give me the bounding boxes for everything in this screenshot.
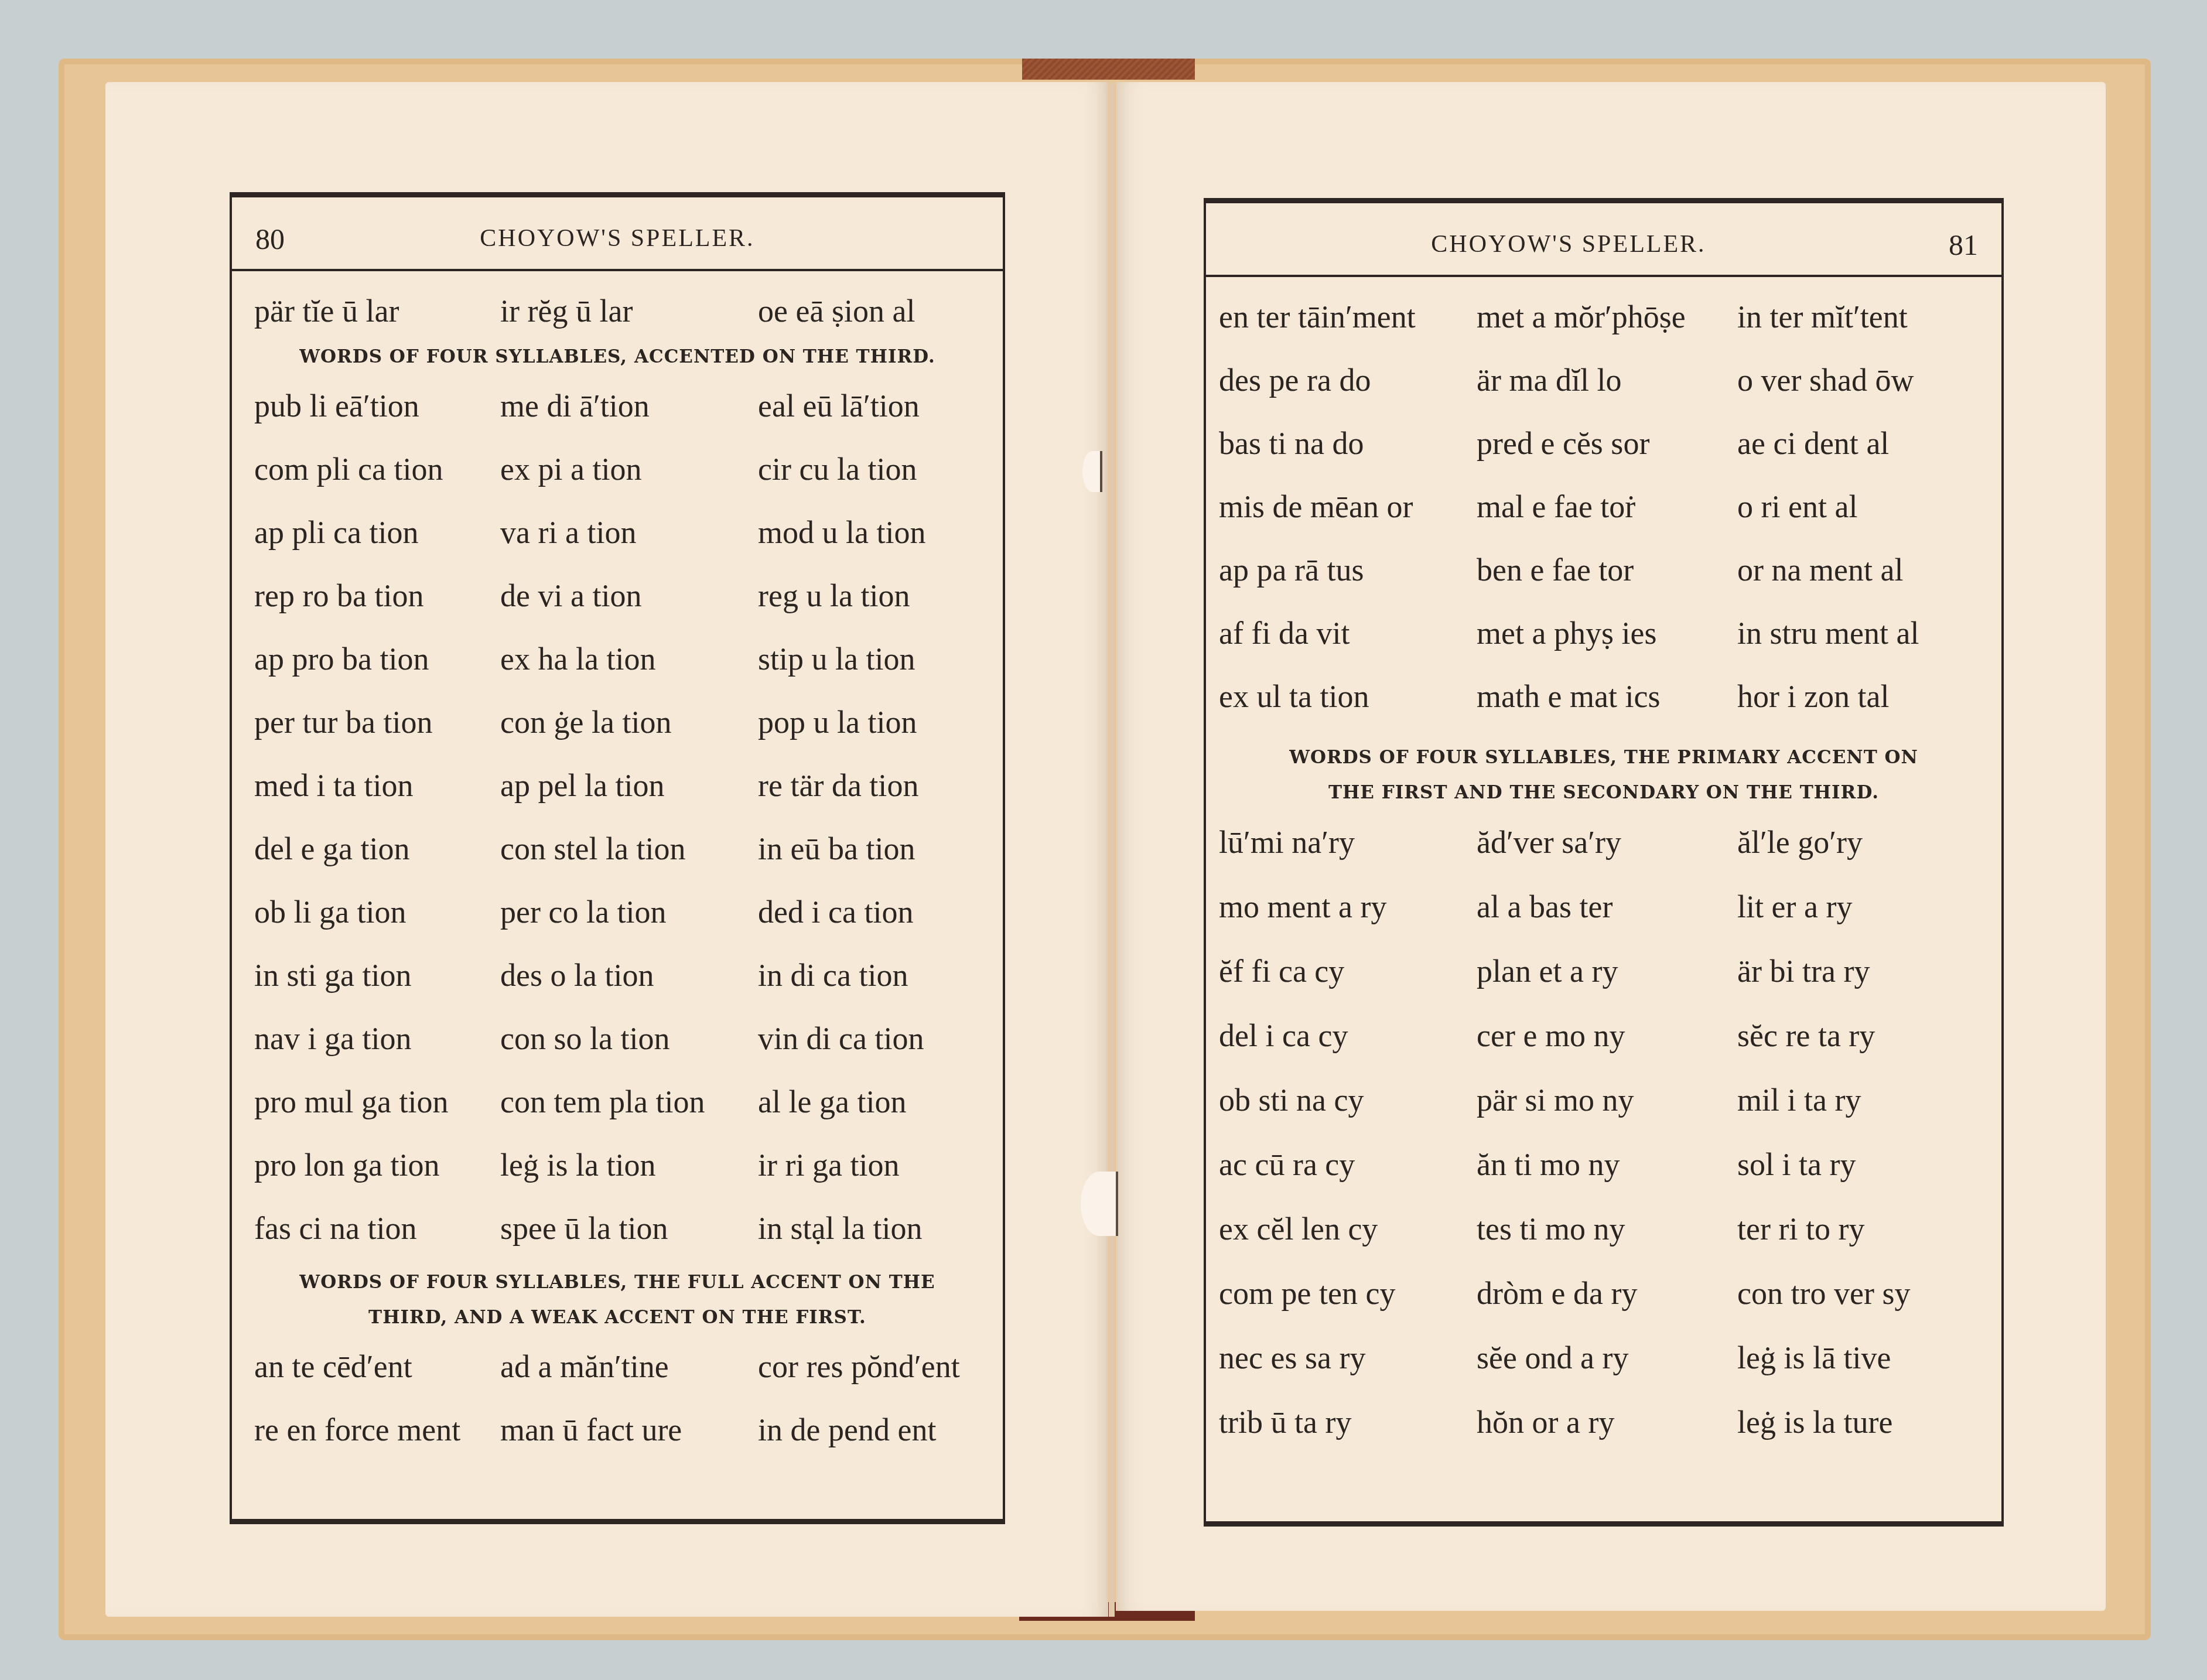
word: al a bas ter (1477, 875, 1737, 939)
word-row: com pli ca tionex pi a tioncir cu la tio… (232, 438, 1003, 501)
word: ăd′ver sa′ry (1477, 810, 1737, 875)
word: ob li ga tion (254, 880, 500, 944)
word: leġ is la tion (500, 1133, 758, 1197)
word: me di ā′tion (500, 374, 758, 438)
word: per tur ba tion (254, 691, 500, 754)
word: plan et a ry (1477, 939, 1737, 1003)
word-row: mis de mēan ormal e fae toṙo ri ent al (1206, 475, 2001, 538)
word-row: ap pa rā tusben e fae toror na ment al (1206, 538, 2001, 602)
word: oe eā ṣion al (758, 279, 1003, 343)
running-head: 80 CHOYOW'S SPELLER. (232, 197, 1003, 271)
word: met a mŏr′phōṣe (1477, 285, 1737, 349)
word-list: en ter tāin′mentmet a mŏr′phōṣein ter mĭ… (1206, 277, 2001, 1521)
word: ded i ca tion (758, 880, 1003, 944)
word: des pe ra do (1219, 349, 1477, 412)
running-head: CHOYOW'S SPELLER. 81 (1206, 203, 2001, 277)
word: rep ro ba tion (254, 564, 500, 627)
word: ăn ti mo ny (1477, 1132, 1737, 1197)
word-row: ex ul ta tionmath e mat icshor i zon tal (1206, 665, 2001, 728)
spine-top (1022, 59, 1195, 80)
word: af fi da vit (1219, 602, 1477, 665)
word: leġ is la ture (1737, 1390, 2001, 1454)
word: cir cu la tion (758, 438, 1003, 501)
word: lū′mi na′ry (1219, 810, 1477, 875)
word-row: ap pro ba tionex ha la tionstip u la tio… (232, 627, 1003, 691)
word: är bi tra ry (1737, 939, 2001, 1003)
word: ae ci dent al (1737, 412, 2001, 475)
section-rows: en ter tāin′mentmet a mŏr′phōṣein ter mĭ… (1206, 285, 2001, 728)
word: mis de mēan or (1219, 475, 1477, 538)
word-row: en ter tāin′mentmet a mŏr′phōṣein ter mĭ… (1206, 285, 2001, 349)
word: ĕf fi ca cy (1219, 939, 1477, 1003)
word: pred e cĕs sor (1477, 412, 1737, 475)
word: sĕe ond a ry (1477, 1326, 1737, 1390)
word-row: lū′mi na′ryăd′ver sa′ryăl′le go′ry (1206, 810, 2001, 875)
word: ap pa rā tus (1219, 538, 1477, 602)
word: del e ga tion (254, 817, 500, 880)
word: vin di ca tion (758, 1007, 1003, 1070)
word: math e mat ics (1477, 665, 1737, 728)
word-row: re en force mentman ū fact urein de pend… (232, 1398, 1003, 1462)
word-row: rep ro ba tionde vi a tionreg u la tion (232, 564, 1003, 627)
word: ben e fae tor (1477, 538, 1737, 602)
word-row: ac cū ra cyăn ti mo nysol i ta ry (1206, 1132, 2001, 1197)
word-row: com pe ten cydròm e da rycon tro ver sy (1206, 1261, 2001, 1326)
word: cor res pŏnd′ent (758, 1335, 1003, 1398)
word-row: ĕf fi ca cyplan et a ryär bi tra ry (1206, 939, 2001, 1003)
word-row: per tur ba tioncon ġe la tionpop u la ti… (232, 691, 1003, 754)
word: nav i ga tion (254, 1007, 500, 1070)
word: con stel la tion (500, 817, 758, 880)
word: ob sti na cy (1219, 1068, 1477, 1132)
word: sol i ta ry (1737, 1132, 2001, 1197)
running-title: CHOYOW'S SPELLER. (232, 224, 1003, 252)
word: nec es sa ry (1219, 1326, 1477, 1390)
word: com pli ca tion (254, 438, 500, 501)
running-title: CHOYOW'S SPELLER. (1206, 230, 2001, 258)
word: pro mul ga tion (254, 1070, 500, 1133)
word: re en force ment (254, 1398, 500, 1462)
word: con so la tion (500, 1007, 758, 1070)
page-tear (1081, 1172, 1118, 1236)
word-row: nav i ga tioncon so la tionvin di ca tio… (232, 1007, 1003, 1070)
word-row: pär tĭe ū lar ir rĕg ū lar oe eā ṣion al (232, 279, 1003, 343)
word: or na ment al (1737, 538, 2001, 602)
left-page-frame: 80 CHOYOW'S SPELLER. pär tĭe ū lar ir rĕ… (230, 192, 1005, 1524)
word: tes ti mo ny (1477, 1197, 1737, 1261)
word: ir rĕg ū lar (500, 279, 758, 343)
page-number: 81 (1949, 228, 1978, 262)
word: in sti ga tion (254, 944, 500, 1007)
word-row: pro lon ga tionleġ is la tionir ri ga ti… (232, 1133, 1003, 1197)
word: per co la tion (500, 880, 758, 944)
word: spee ū la tion (500, 1197, 758, 1260)
word: mil i ta ry (1737, 1068, 2001, 1132)
word: cer e mo ny (1477, 1003, 1737, 1068)
word: con tem pla tion (500, 1070, 758, 1133)
word: med i ta tion (254, 754, 500, 817)
word-list: pär tĭe ū lar ir rĕg ū lar oe eā ṣion al… (232, 271, 1003, 1519)
word: in eū ba tion (758, 817, 1003, 880)
word: met a phyṣ ies (1477, 602, 1737, 665)
section-rows: pub li eā′tionme di ā′tioneal eū lā′tion… (232, 374, 1003, 1260)
word: de vi a tion (500, 564, 758, 627)
word: ap pli ca tion (254, 501, 500, 564)
word: in stạl la tion (758, 1197, 1003, 1260)
word-row: med i ta tionap pel la tionre tär da tio… (232, 754, 1003, 817)
section-rows: lū′mi na′ryăd′ver sa′ryăl′le go′rymo men… (1206, 810, 2001, 1454)
word: pop u la tion (758, 691, 1003, 754)
word: mal e fae toṙ (1477, 475, 1737, 538)
word: är ma dĭl lo (1477, 349, 1737, 412)
word-row: af fi da vitmet a phyṣ iesin stru ment a… (1206, 602, 2001, 665)
word: o ver shad ōw (1737, 349, 2001, 412)
word-row: ob li ga tionper co la tionded i ca tion (232, 880, 1003, 944)
section-heading: THIRD, AND A WEAK ACCENT ON THE FIRST. (232, 1300, 1003, 1335)
word: ăl′le go′ry (1737, 810, 2001, 875)
word-row: ap pli ca tionva ri a tionmod u la tion (232, 501, 1003, 564)
word: del i ca cy (1219, 1003, 1477, 1068)
section-heading: WORDS OF FOUR SYLLABLES, ACCENTED ON THE… (232, 339, 1003, 374)
word: va ri a tion (500, 501, 758, 564)
word: in ter mĭt′tent (1737, 285, 2001, 349)
word: ex ha la tion (500, 627, 758, 691)
word: man ū fact ure (500, 1398, 758, 1462)
right-page-frame: CHOYOW'S SPELLER. 81 en ter tāin′mentmet… (1204, 198, 2004, 1527)
word-row: del i ca cycer e mo nysĕc re ta ry (1206, 1003, 2001, 1068)
word: in di ca tion (758, 944, 1003, 1007)
word: al le ga tion (758, 1070, 1003, 1133)
word: ter ri to ry (1737, 1197, 2001, 1261)
word: des o la tion (500, 944, 758, 1007)
word: trib ū ta ry (1219, 1390, 1477, 1454)
word: fas ci na tion (254, 1197, 500, 1260)
word-row: del e ga tioncon stel la tionin eū ba ti… (232, 817, 1003, 880)
word-row: an te cēd′entad a măn′tinecor res pŏnd′e… (232, 1335, 1003, 1398)
word-row: mo ment a ryal a bas terlit er a ry (1206, 875, 2001, 939)
word-row: ex cĕl len cytes ti mo nyter ri to ry (1206, 1197, 2001, 1261)
word: con ġe la tion (500, 691, 758, 754)
gutter (1109, 82, 1115, 1617)
word-row: trib ū ta ryhŏn or a ryleġ is la ture (1206, 1390, 2001, 1454)
word: con tro ver sy (1737, 1261, 2001, 1326)
word: leġ is lā tive (1737, 1326, 2001, 1390)
word: re tär da tion (758, 754, 1003, 817)
word-row: bas ti na dopred e cĕs sorae ci dent al (1206, 412, 2001, 475)
word: bas ti na do (1219, 412, 1477, 475)
word-row: in sti ga tiondes o la tionin di ca tion (232, 944, 1003, 1007)
word: ir ri ga tion (758, 1133, 1003, 1197)
section-heading: WORDS OF FOUR SYLLABLES, THE FULL ACCENT… (232, 1265, 1003, 1300)
word: en ter tāin′ment (1219, 285, 1477, 349)
word-row: ob sti na cypär si mo nymil i ta ry (1206, 1068, 2001, 1132)
word: lit er a ry (1737, 875, 2001, 939)
section-heading: THE FIRST AND THE SECONDARY ON THE THIRD… (1206, 775, 2001, 810)
word: hŏn or a ry (1477, 1390, 1737, 1454)
word-row: des pe ra doär ma dĭl loo ver shad ōw (1206, 349, 2001, 412)
word-row: pub li eā′tionme di ā′tioneal eū lā′tion (232, 374, 1003, 438)
word: pär si mo ny (1477, 1068, 1737, 1132)
word: in de pend ent (758, 1398, 1003, 1462)
word: ap pro ba tion (254, 627, 500, 691)
word: reg u la tion (758, 564, 1003, 627)
word: pär tĭe ū lar (254, 279, 500, 343)
word: pub li eā′tion (254, 374, 500, 438)
word-row: fas ci na tionspee ū la tionin stạl la t… (232, 1197, 1003, 1260)
word: o ri ent al (1737, 475, 2001, 538)
word-row: pro mul ga tioncon tem pla tional le ga … (232, 1070, 1003, 1133)
word: com pe ten cy (1219, 1261, 1477, 1326)
word: ac cū ra cy (1219, 1132, 1477, 1197)
word: ex ul ta tion (1219, 665, 1477, 728)
word: mo ment a ry (1219, 875, 1477, 939)
section-rows: an te cēd′entad a măn′tinecor res pŏnd′e… (232, 1335, 1003, 1462)
word: dròm e da ry (1477, 1261, 1737, 1326)
word: ex cĕl len cy (1219, 1197, 1477, 1261)
word: pro lon ga tion (254, 1133, 500, 1197)
word: stip u la tion (758, 627, 1003, 691)
word: ad a măn′tine (500, 1335, 758, 1398)
section-heading: WORDS OF FOUR SYLLABLES, THE PRIMARY ACC… (1206, 740, 2001, 775)
word: ap pel la tion (500, 754, 758, 817)
word: eal eū lā′tion (758, 374, 1003, 438)
word: sĕc re ta ry (1737, 1003, 2001, 1068)
word: ex pi a tion (500, 438, 758, 501)
word: an te cēd′ent (254, 1335, 500, 1398)
word-row: nec es sa rysĕe ond a ryleġ is lā tive (1206, 1326, 2001, 1390)
word: in stru ment al (1737, 602, 2001, 665)
word: hor i zon tal (1737, 665, 2001, 728)
page-tear (1082, 451, 1102, 492)
word: mod u la tion (758, 501, 1003, 564)
